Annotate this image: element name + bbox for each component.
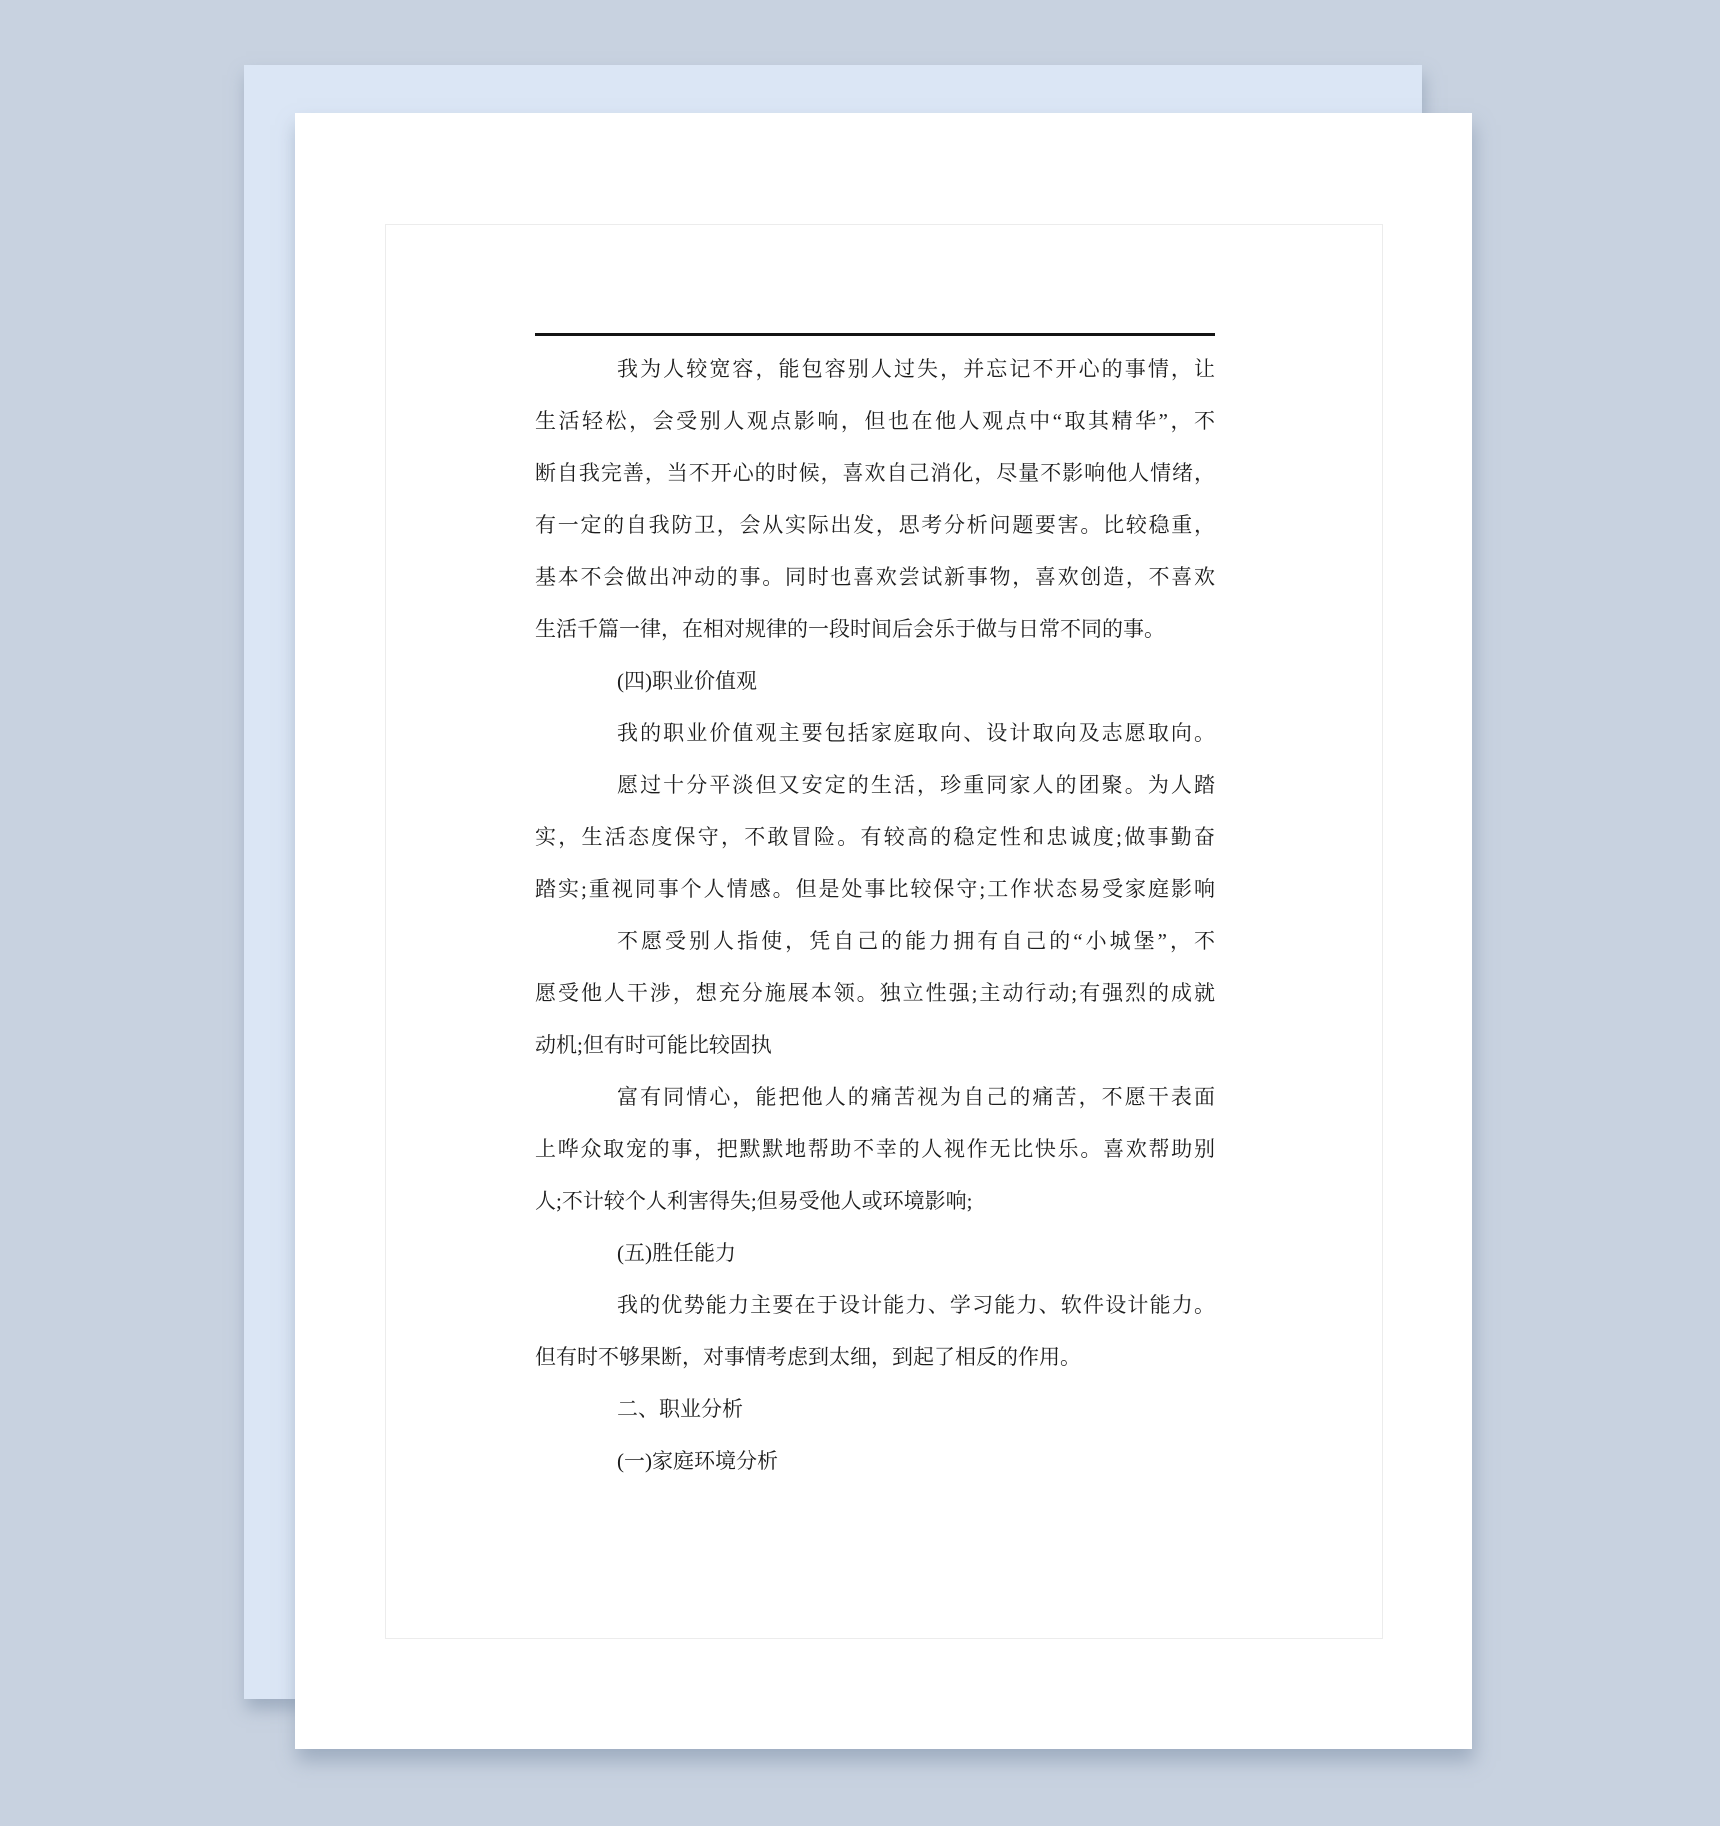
text-line: 我的职业价值观主要包括家庭取向、设计取向及志愿取向。	[535, 707, 1215, 759]
text-line: 动机;但有时可能比较固执	[535, 1019, 1215, 1071]
text-line: 我的优势能力主要在于设计能力、学习能力、软件设计能力。	[535, 1279, 1215, 1331]
text-line: 我为人较宽容，能包容别人过失，并忘记不开心的事情，让	[535, 343, 1215, 395]
text-line: 不愿受别人指使，凭自己的能力拥有自己的“小城堡”，不	[535, 915, 1215, 967]
section-heading: (一)家庭环境分析	[535, 1435, 1215, 1487]
text-line: 人;不计较个人利害得失;但易受他人或环境影响;	[535, 1175, 1215, 1227]
document-text-block: 我为人较宽容，能包容别人过失，并忘记不开心的事情，让 生活轻松，会受别人观点影响…	[535, 343, 1215, 1487]
text-line: 上哗众取宠的事，把默默地帮助不幸的人视作无比快乐。喜欢帮助别	[535, 1123, 1215, 1175]
section-heading: 二、职业分析	[535, 1383, 1215, 1435]
text-line: 愿过十分平淡但又安定的生活，珍重同家人的团聚。为人踏	[535, 759, 1215, 811]
text-line: 有一定的自我防卫，会从实际出发，思考分析问题要害。比较稳重，	[535, 499, 1215, 551]
divider-rule	[535, 333, 1215, 336]
text-line: 实，生活态度保守，不敢冒险。有较高的稳定性和忠诚度;做事勤奋	[535, 811, 1215, 863]
text-line: 生活千篇一律，在相对规律的一段时间后会乐于做与日常不同的事。	[535, 603, 1215, 655]
text-line: 富有同情心，能把他人的痛苦视为自己的痛苦，不愿干表面	[535, 1071, 1215, 1123]
text-line: 生活轻松，会受别人观点影响，但也在他人观点中“取其精华”，不	[535, 395, 1215, 447]
text-line: 断自我完善，当不开心的时候，喜欢自己消化，尽量不影响他人情绪，	[535, 447, 1215, 499]
text-line: 基本不会做出冲动的事。同时也喜欢尝试新事物，喜欢创造，不喜欢	[535, 551, 1215, 603]
section-heading: (四)职业价值观	[535, 655, 1215, 707]
text-line: 但有时不够果断，对事情考虑到太细，到起了相反的作用。	[535, 1331, 1215, 1383]
section-heading: (五)胜任能力	[535, 1227, 1215, 1279]
text-line: 踏实;重视同事个人情感。但是处事比较保守;工作状态易受家庭影响	[535, 863, 1215, 915]
canvas-background: { "colors": { "background": "#c8d2e0", "…	[0, 0, 1720, 1826]
text-line: 愿受他人干涉，想充分施展本领。独立性强;主动行动;有强烈的成就	[535, 967, 1215, 1019]
paper-page: 我为人较宽容，能包容别人过失，并忘记不开心的事情，让 生活轻松，会受别人观点影响…	[295, 113, 1472, 1749]
